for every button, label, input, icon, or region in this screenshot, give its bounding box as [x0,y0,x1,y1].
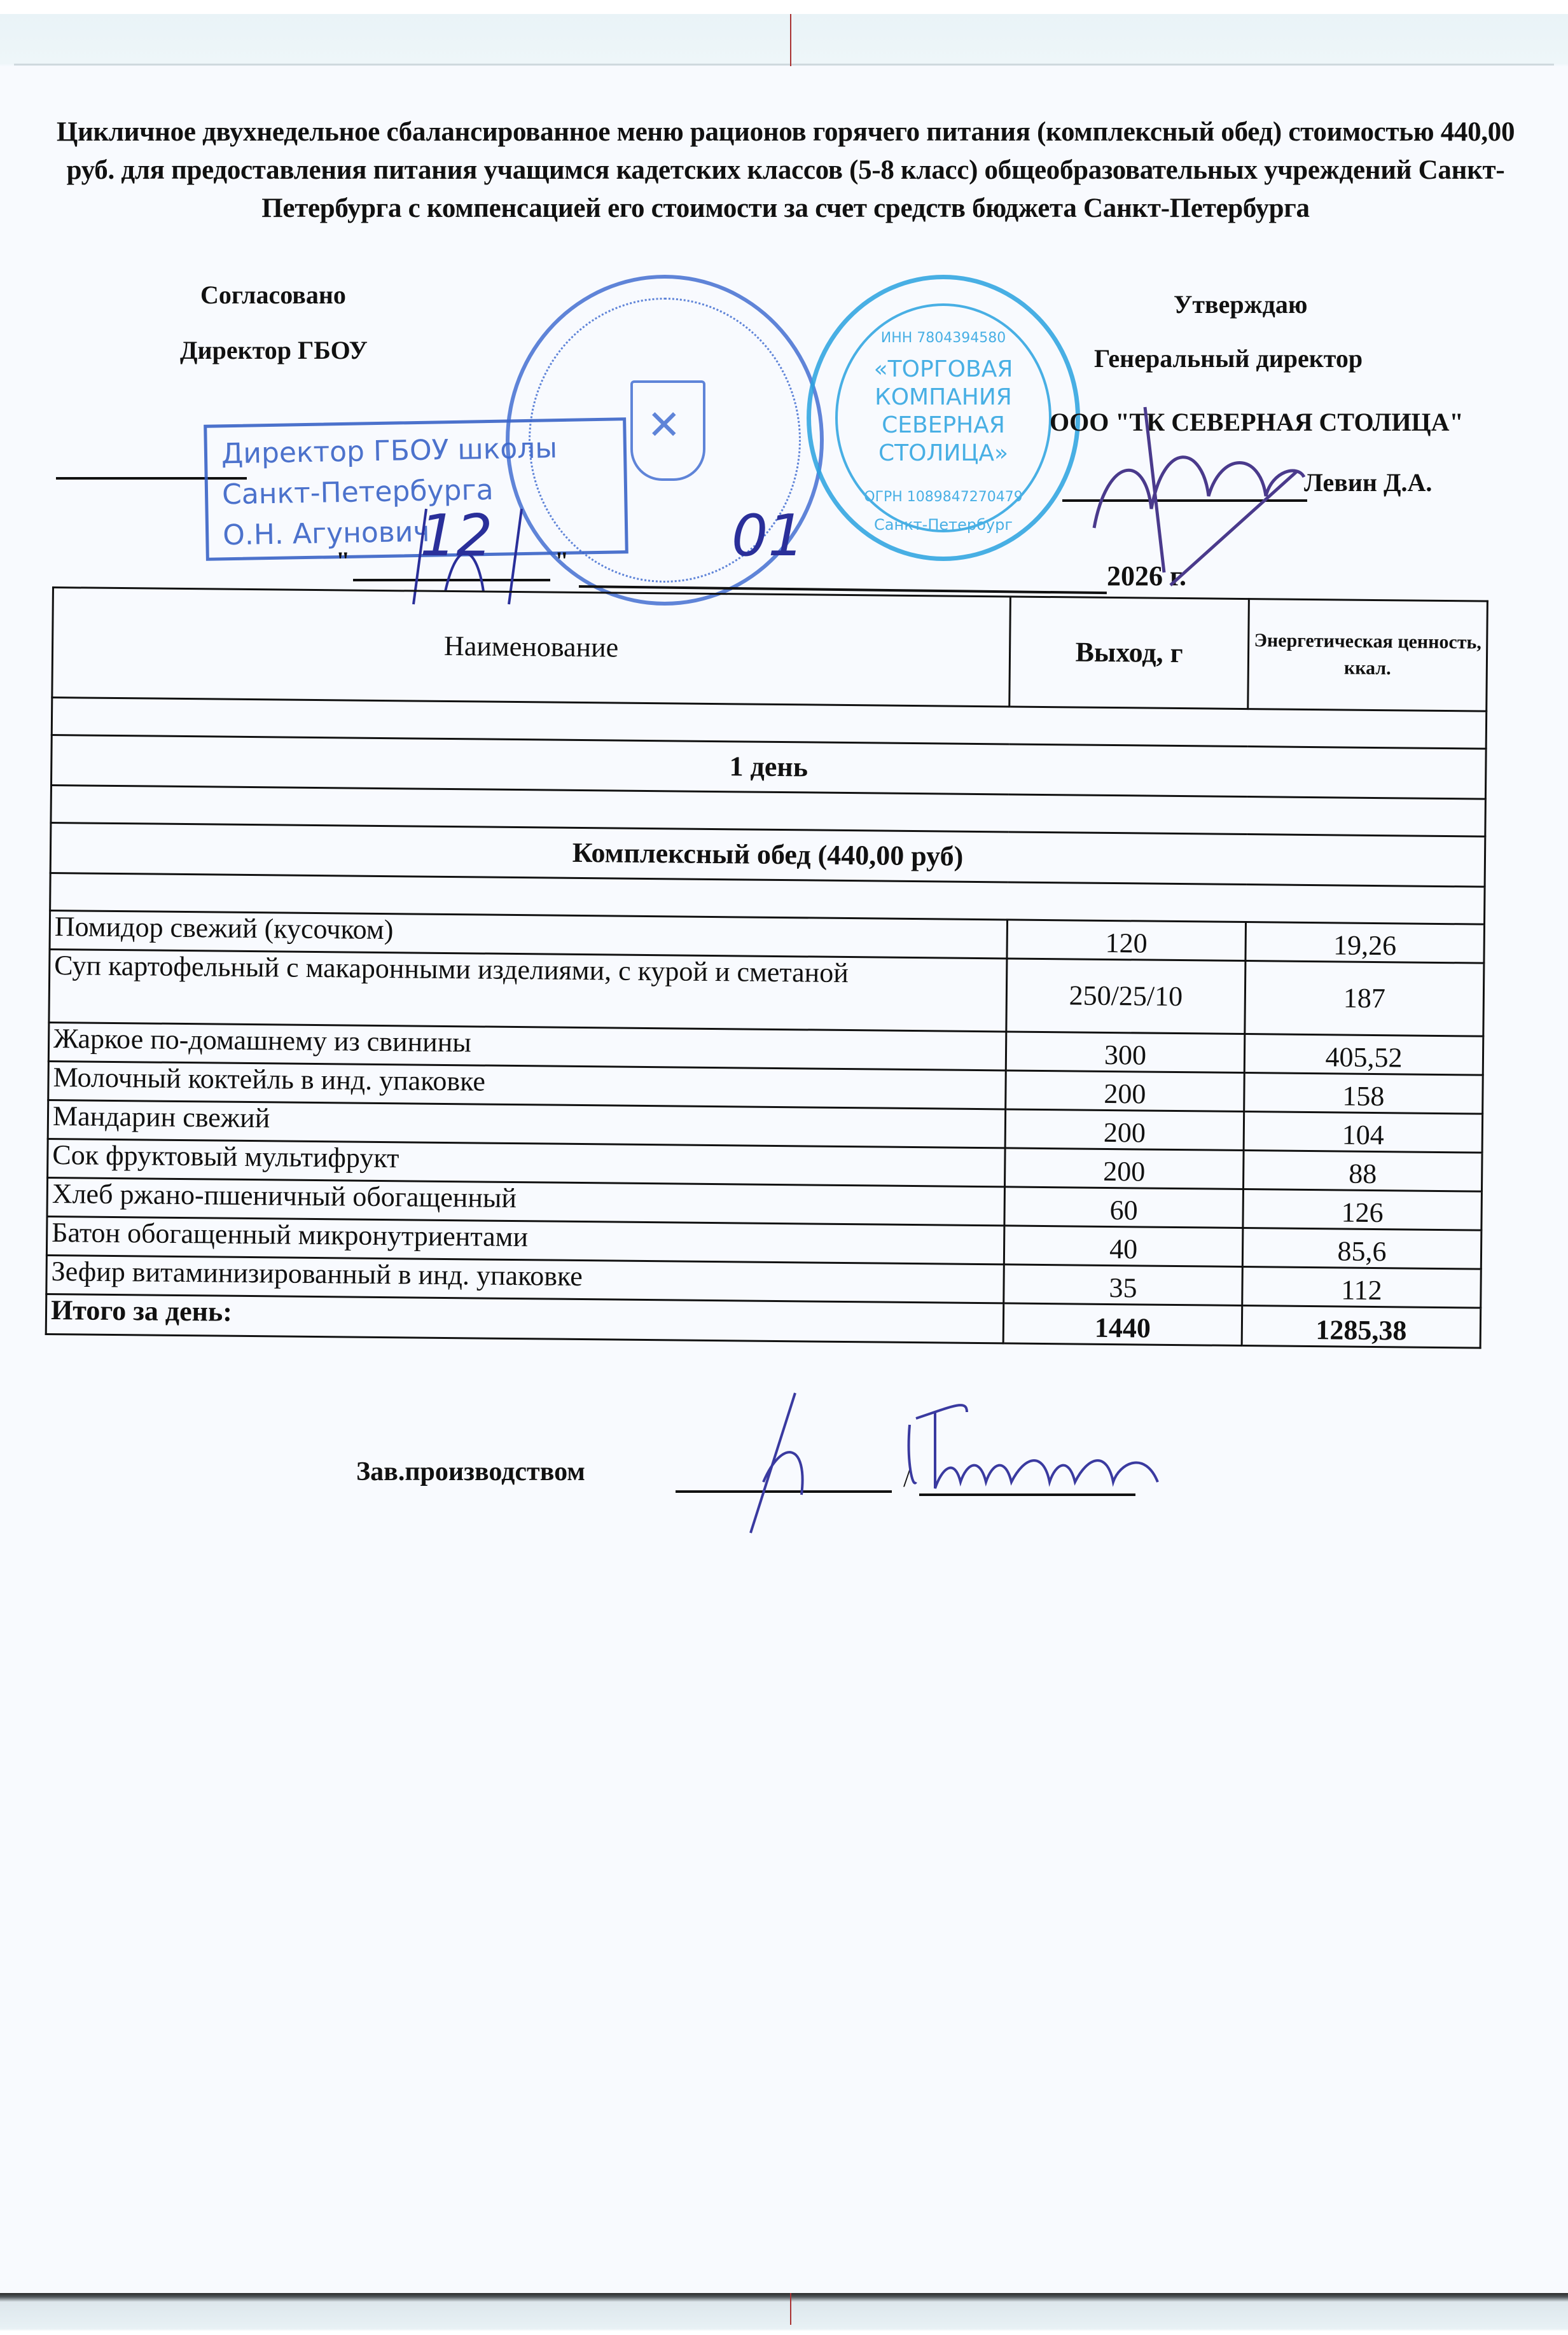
stamp-name-line: СТОЛИЦА» [811,440,1076,468]
dish-energy: 187 [1245,961,1484,1037]
dish-energy: 104 [1244,1112,1483,1153]
total-label: Итого за день: [46,1294,1004,1343]
dish-yield: 300 [1006,1032,1245,1073]
footer-label: Зав.производством [356,1457,585,1487]
scan-top-edge [0,0,1568,67]
fold-line-top [790,14,791,66]
company-round-stamp: ИНН 7804394580 «ТОРГОВАЯ КОМПАНИЯ СЕВЕРН… [807,275,1080,561]
approval-right-signatory: Левин Д.А. [1304,468,1432,497]
date-month-handwritten: 01 [732,502,805,569]
table-row: Суп картофельный с макаронными изделиями… [49,949,1484,1036]
table-header-row: Наименование Выход, г Энергетическая цен… [52,588,1488,712]
stamp-inn: ИНН 7804394580 [811,330,1076,346]
dish-yield: 200 [1005,1109,1244,1151]
dish-energy: 19,26 [1245,922,1485,964]
approval-right-position: Генеральный директор [1094,343,1363,373]
dish-yield: 35 [1004,1265,1243,1306]
header-name: Наименование [52,588,1011,707]
dish-energy: 126 [1243,1189,1482,1231]
stamp-name-line: СЕВЕРНАЯ [811,412,1076,440]
stamp-ogrn: ОГРН 1089847270479 [811,489,1076,505]
coat-of-arms-icon [630,380,705,481]
approval-right-heading: Утверждаю [1174,289,1307,319]
dish-energy: 158 [1244,1073,1483,1114]
dish-energy: 405,52 [1244,1034,1483,1076]
dish-energy: 88 [1243,1151,1482,1192]
dish-yield: 40 [1004,1226,1243,1267]
dish-yield: 200 [1005,1148,1244,1189]
header-yield: Выход, г [1009,597,1249,709]
dish-energy: 85,6 [1242,1228,1481,1270]
stamp-name-line: КОМПАНИЯ [811,384,1076,412]
approval-left-position: Директор ГБОУ [180,335,368,365]
dish-energy: 112 [1242,1267,1481,1308]
menu-table: Наименование Выход, г Энергетическая цен… [45,586,1488,1349]
stamp-city: Санкт-Петербург [811,516,1076,534]
stamp-name-line: «ТОРГОВАЯ [811,356,1076,384]
scan-bottom-edge [0,2293,1568,2335]
dish-name: Суп картофельный с макаронными изделиями… [49,949,1007,1031]
dish-yield: 120 [1007,920,1246,961]
production-manager-signature [725,1387,1298,1539]
dish-yield: 60 [1004,1187,1244,1228]
header-energy: Энергетическая ценность, ккал. [1248,599,1488,712]
approval-left-heading: Согласовано [200,280,346,310]
stamp-company-name: «ТОРГОВАЯ КОМПАНИЯ СЕВЕРНАЯ СТОЛИЦА» [811,356,1076,468]
fold-line-bottom [790,2293,791,2325]
total-energy: 1285,38 [1242,1306,1481,1348]
document-title: Цикличное двухнедельное сбалансированное… [45,113,1527,228]
dish-yield: 250/25/10 [1006,959,1245,1034]
total-yield: 1440 [1003,1303,1242,1346]
dish-yield: 200 [1006,1070,1245,1112]
scan-edge-line [14,64,1554,66]
director-signature [1069,382,1310,592]
